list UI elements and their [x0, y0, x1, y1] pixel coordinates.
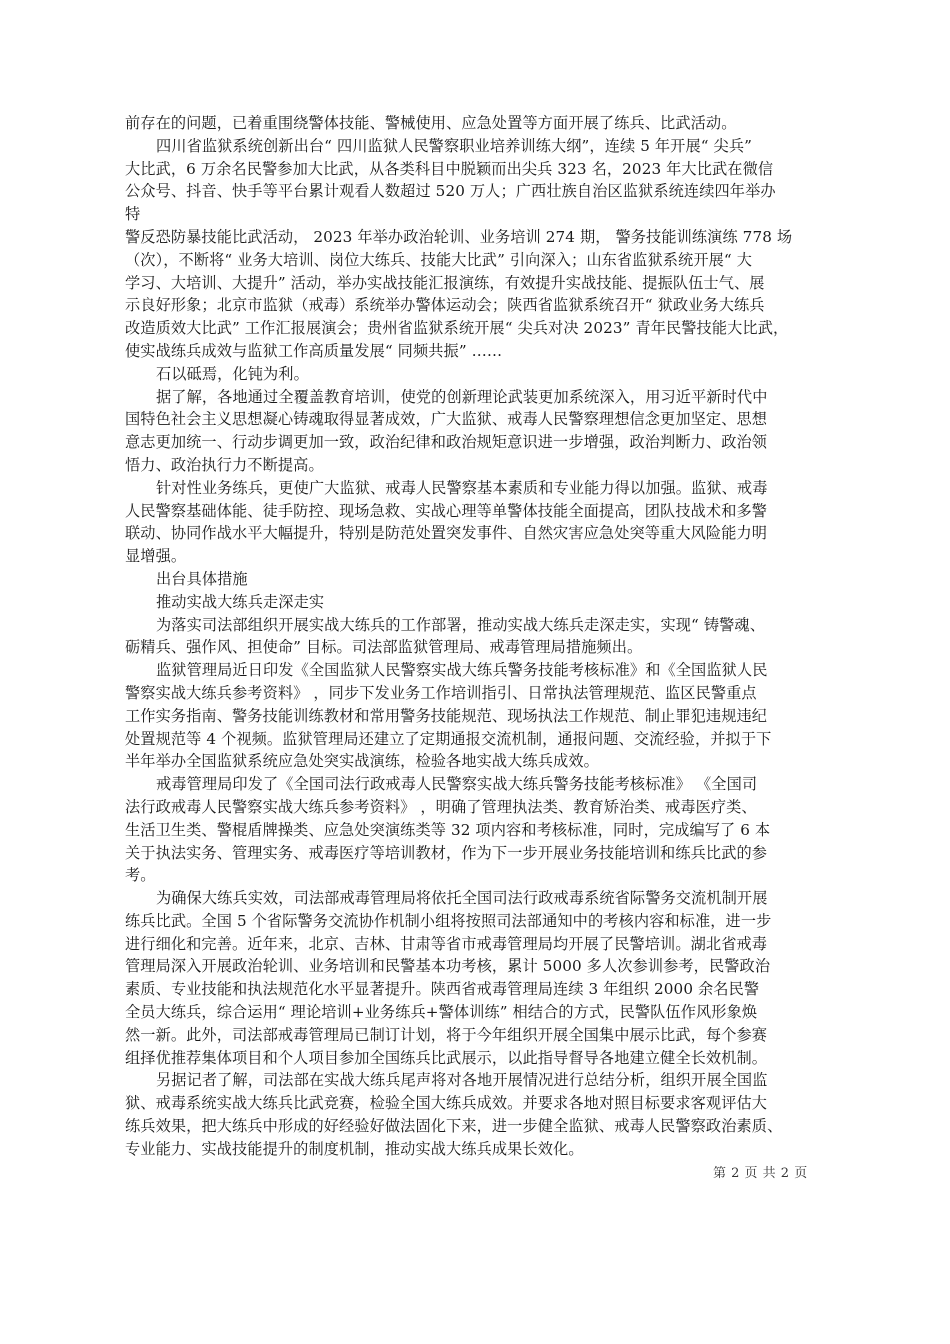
text-line: 推动实战大练兵走深走实: [125, 591, 837, 614]
text-line: 专业能力、实战技能提升的制度机制，推动实战大练兵成果长效化。: [125, 1138, 837, 1161]
text-line: 进行细化和完善。近年来，北京、吉林、甘肃等省市戒毒管理局均开展了民警培训。湖北省…: [125, 933, 837, 956]
text-line: 法行政戒毒人民警察实战大练兵参考资料》 ，明确了管理执法类、教育矫治类、戒毒医疗…: [125, 796, 837, 819]
section-subheading: 推动实战大练兵走深走实: [125, 591, 837, 614]
text-line: 管理局深入开展政治轮训、业务培训和民警基本功考核，累计 5000 多人次参训参考…: [125, 955, 837, 978]
paragraph: 另据记者了解，司法部在实战大练兵尾声将对各地开展情况进行总结分析，组织开展全国监…: [125, 1069, 837, 1160]
text-line: 示良好形象；北京市监狱（戒毒）系统举办警体运动会；陕西省监狱系统召开“ 狱政业务…: [125, 294, 837, 317]
text-line: 联动、协同作战水平大幅提升，特别是防范处置突发事件、自然灾害应急处突等重大风险能…: [125, 522, 837, 545]
text-line: 据了解，各地通过全覆盖教育培训，使党的创新理论武装更加系统深入，用习近平新时代中: [125, 386, 837, 409]
paragraph: 监狱管理局近日印发《全国监狱人民警察实战大练兵警务技能考核标准》和《全国监狱人民…: [125, 659, 837, 773]
paragraph: 四川省监狱系统创新出台“ 四川监狱人民警察职业培养训练大纲”，连续 5 年开展“…: [125, 135, 837, 363]
paragraph: 前存在的问题，已着重围绕警体技能、警械使用、应急处置等方面开展了练兵、比武活动。: [125, 112, 837, 135]
text-line: 全员大练兵，综合运用“ 理论培训+业务练兵+警体训练” 相结合的方式，民警队伍作…: [125, 1001, 837, 1024]
paragraph: 戒毒管理局印发了《全国司法行政戒毒人民警察实战大练兵警务技能考核标准》 《全国司…: [125, 773, 837, 887]
section-heading: 出台具体措施: [125, 568, 837, 591]
text-line: 练兵比武。全国 5 个省际警务交流协作机制小组将按照司法部通知中的考核内容和标准…: [125, 910, 837, 933]
text-line: 出台具体措施: [125, 568, 837, 591]
text-line: 学习、大培训、大提升” 活动，举办实战技能汇报演练，有效提升实战技能、提振队伍士…: [125, 272, 837, 295]
text-line: 大比武，6 万余名民警参加大比武，从各类科目中脱颖而出尖兵 323 名，2023…: [125, 158, 837, 181]
text-line: 练兵效果，把大练兵中形成的好经验好做法固化下来，进一步健全监狱、戒毒人民警察政治…: [125, 1115, 837, 1138]
text-line: 狱、戒毒系统实战大练兵比武竞赛，检验全国大练兵成效。并要求各地对照目标要求客观评…: [125, 1092, 837, 1115]
text-line: （次），不断将“ 业务大培训、岗位大练兵、技能大比武” 引向深入；山东省监狱系统…: [125, 249, 837, 272]
text-line: 针对性业务练兵，更使广大监狱、戒毒人民警察基本素质和专业能力得以加强。监狱、戒毒: [125, 477, 837, 500]
text-line: 监狱管理局近日印发《全国监狱人民警察实战大练兵警务技能考核标准》和《全国监狱人民: [125, 659, 837, 682]
paragraph: 石以砥焉，化钝为利。: [125, 363, 837, 386]
text-line: 戒毒管理局印发了《全国司法行政戒毒人民警察实战大练兵警务技能考核标准》 《全国司: [125, 773, 837, 796]
text-line: 半年举办全国监狱系统应急处突实战演练，检验各地实战大练兵成效。: [125, 750, 837, 773]
text-line: 前存在的问题，已着重围绕警体技能、警械使用、应急处置等方面开展了练兵、比武活动。: [125, 112, 837, 135]
text-line: 四川省监狱系统创新出台“ 四川监狱人民警察职业培养训练大纲”，连续 5 年开展“…: [125, 135, 837, 158]
text-line: 生活卫生类、警棍盾牌操类、应急处突演练类等 32 项内容和考核标准，同时，完成编…: [125, 819, 837, 842]
text-line: 砺精兵、强作风、担使命” 目标。司法部监狱管理局、戒毒管理局措施频出。: [125, 636, 837, 659]
text-line: 人民警察基础体能、徒手防控、现场急救、实战心理等单警体技能全面提高，团队技战术和…: [125, 500, 837, 523]
page-number-indicator: 第 2 页 共 2 页: [713, 1166, 808, 1181]
text-line: 工作实务指南、警务技能训练教材和常用警务技能规范、现场执法工作规范、制止罪犯违规…: [125, 705, 837, 728]
text-line: 石以砥焉，化钝为利。: [125, 363, 837, 386]
text-line: 国特色社会主义思想凝心铸魂取得显著成效，广大监狱、戒毒人民警察理想信念更加坚定、…: [125, 408, 837, 431]
text-line: 组择优推荐集体项目和个人项目参加全国练兵比武展示，以此指导督导各地建立健全长效机…: [125, 1047, 837, 1070]
text-line: 显增强。: [125, 545, 837, 568]
text-line: 使实战练兵成效与监狱工作高质量发展“ 同频共振” ……: [125, 340, 837, 363]
text-line: 悟力、政治执行力不断提高。: [125, 454, 837, 477]
text-line: 警察实战大练兵参考资料》 ，同步下发业务工作培训指引、日常执法管理规范、监区民警…: [125, 682, 837, 705]
page-footer: 第 2 页 共 2 页: [713, 1166, 808, 1182]
text-line: 警反恐防暴技能比武活动， 2023 年举办政治轮训、业务培训 274 期， 警务…: [125, 226, 837, 249]
text-line: 关于执法实务、管理实务、戒毒医疗等培训教材，作为下一步开展业务技能培训和练兵比武…: [125, 842, 837, 865]
text-line: 为落实司法部组织开展实战大练兵的工作部署，推动实战大练兵走深走实，实现“ 铸警魂…: [125, 614, 837, 637]
document-body: 前存在的问题，已着重围绕警体技能、警械使用、应急处置等方面开展了练兵、比武活动。…: [125, 112, 837, 1161]
paragraph: 据了解，各地通过全覆盖教育培训，使党的创新理论武装更加系统深入，用习近平新时代中…: [125, 386, 837, 477]
text-line: 另据记者了解，司法部在实战大练兵尾声将对各地开展情况进行总结分析，组织开展全国监: [125, 1069, 837, 1092]
text-line: 然一新。此外，司法部戒毒管理局已制订计划，将于今年组织开展全国集中展示比武，每个…: [125, 1024, 837, 1047]
text-line: 意志更加统一、行动步调更加一致，政治纪律和政治规矩意识进一步增强，政治判断力、政…: [125, 431, 837, 454]
text-line: 处置规范等 4 个视频。监狱管理局还建立了定期通报交流机制，通报问题、交流经验，…: [125, 728, 837, 751]
text-line: 素质、专业技能和执法规范化水平显著提升。陕西省戒毒管理局连续 3 年组织 200…: [125, 978, 837, 1001]
text-line: 改造质效大比武” 工作汇报展演会；贵州省监狱系统开展“ 尖兵对决 2023” 青…: [125, 317, 837, 340]
text-line: 为确保大练兵实效，司法部戒毒管理局将依托全国司法行政戒毒系统省际警务交流机制开展: [125, 887, 837, 910]
paragraph: 为落实司法部组织开展实战大练兵的工作部署，推动实战大练兵走深走实，实现“ 铸警魂…: [125, 614, 837, 660]
paragraph: 针对性业务练兵，更使广大监狱、戒毒人民警察基本素质和专业能力得以加强。监狱、戒毒…: [125, 477, 837, 568]
text-line: 特: [125, 203, 837, 226]
document-page: 前存在的问题，已着重围绕警体技能、警械使用、应急处置等方面开展了练兵、比武活动。…: [0, 0, 950, 1344]
paragraph: 为确保大练兵实效，司法部戒毒管理局将依托全国司法行政戒毒系统省际警务交流机制开展…: [125, 887, 837, 1069]
text-line: 公众号、抖音、快手等平台累计观看人数超过 520 万人；广西壮族自治区监狱系统连…: [125, 180, 837, 203]
text-line: 考。: [125, 864, 837, 887]
